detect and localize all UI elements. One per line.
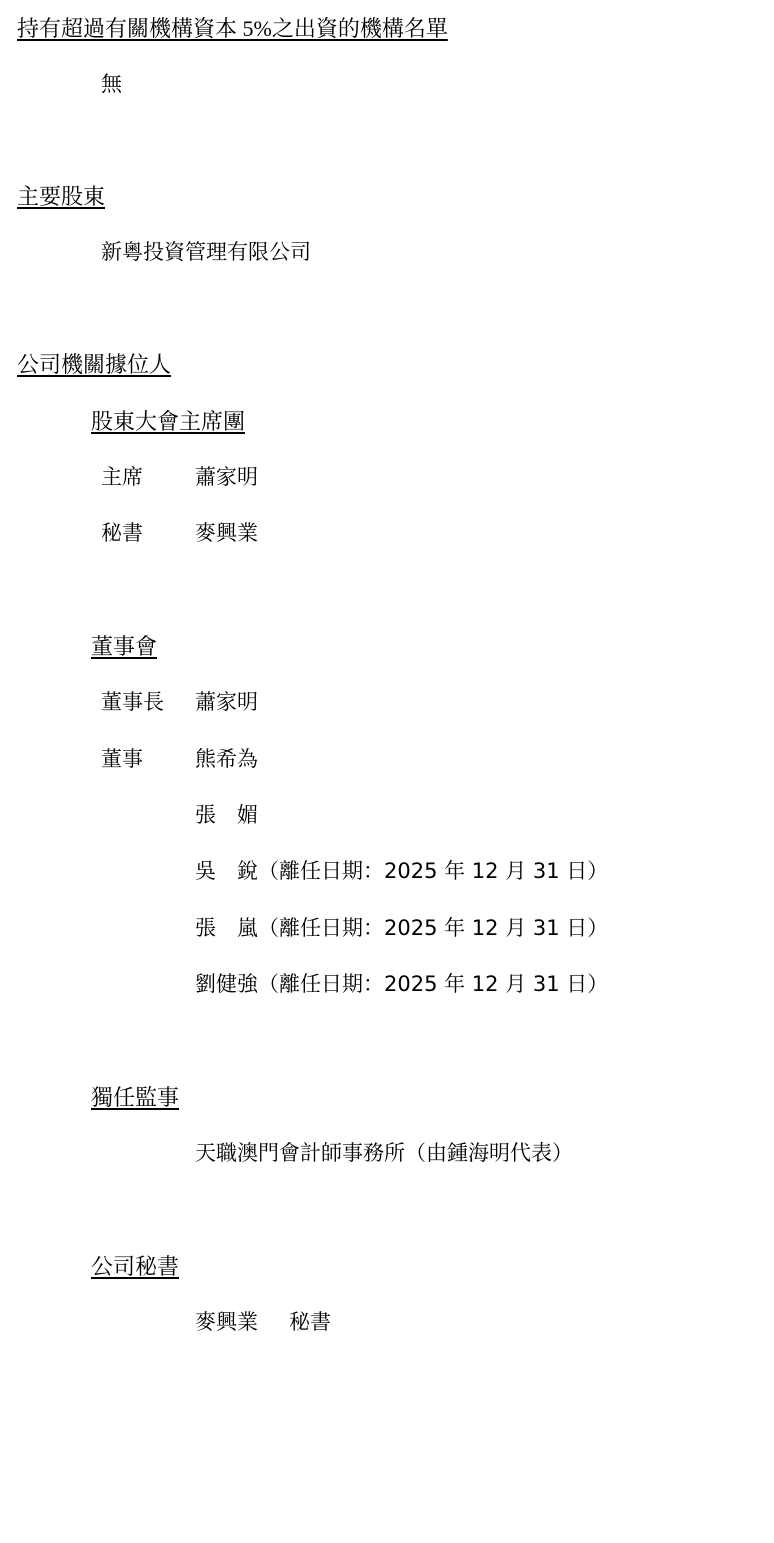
board-name-director-2: 張 媚 — [195, 799, 258, 829]
gm-role-secretary: 秘書 — [101, 517, 143, 547]
board-name-director-5: 劉健強（離任日期：2025 年 12 月 31 日） — [195, 968, 608, 998]
board-name-chairman: 蕭家明 — [195, 686, 258, 716]
heading-sole-supervisor: 獨任監事 — [91, 1081, 179, 1112]
heading-general-meeting-board: 股東大會主席團 — [91, 405, 245, 436]
heading-institutions-over-5pct: 持有超過有關機構資本 5%之出資的機構名單 — [17, 12, 448, 43]
gm-name-secretary: 麥興業 — [195, 517, 258, 547]
board-name-director-3: 吳 銳（離任日期：2025 年 12 月 31 日） — [195, 855, 608, 885]
board-role-chairman: 董事長 — [101, 686, 164, 716]
heading-major-shareholder: 主要股東 — [17, 180, 105, 211]
board-role-director: 董事 — [101, 743, 143, 773]
board-name-director-1: 熊希為 — [195, 743, 258, 773]
major-shareholder-value: 新粵投資管理有限公司 — [101, 236, 311, 266]
sole-supervisor-value: 天職澳門會計師事務所（由鍾海明代表） — [195, 1137, 573, 1167]
heading-company-secretary: 公司秘書 — [91, 1250, 179, 1281]
company-secretary-role: 秘書 — [289, 1306, 331, 1336]
heading-board-of-directors: 董事會 — [91, 630, 157, 661]
gm-name-chairman: 蕭家明 — [195, 461, 258, 491]
board-name-director-4: 張 嵐（離任日期：2025 年 12 月 31 日） — [195, 912, 608, 942]
gm-role-chairman: 主席 — [101, 461, 143, 491]
heading-corporate-officers: 公司機關據位人 — [17, 348, 171, 379]
institutions-over-5pct-value: 無 — [101, 68, 122, 98]
company-secretary-name: 麥興業 — [195, 1306, 258, 1336]
